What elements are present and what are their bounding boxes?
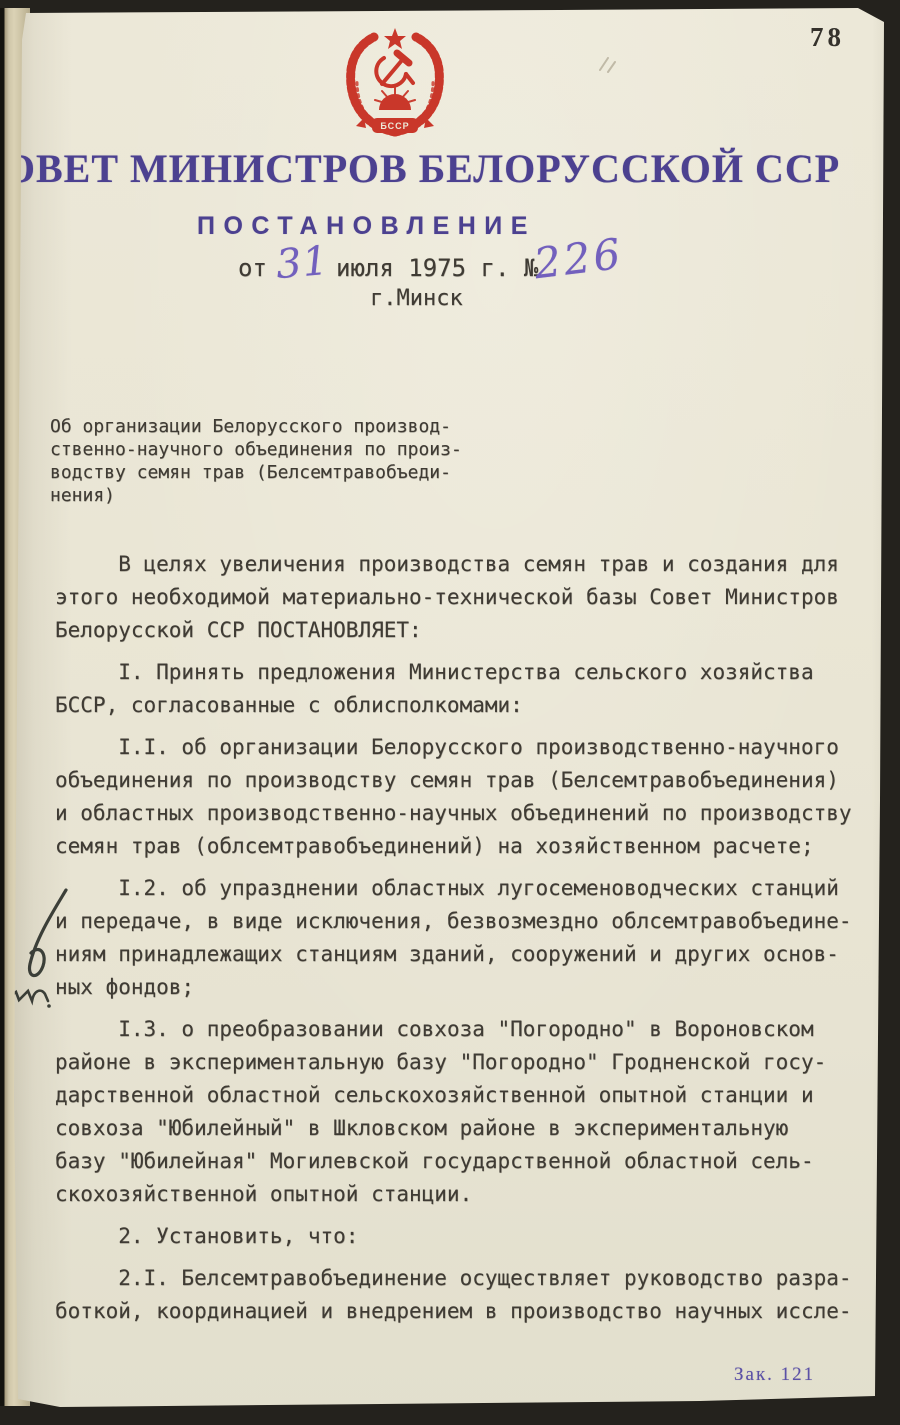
organization-title: СОВЕТ МИНИСТРОВ БЕЛОРУССКОЙ ССР <box>0 145 900 192</box>
body-paragraph-1: В целях увеличения производства семян тр… <box>55 548 865 647</box>
body-paragraph-3: I.I. об организации Белорусского произво… <box>55 731 865 863</box>
handwritten-number: 226 <box>531 229 625 289</box>
page-number: 78 <box>810 22 845 53</box>
pencil-mark <box>582 42 632 87</box>
scanned-document-page: { "page_number": "78", "emblem": { "name… <box>0 0 900 1425</box>
date-prefix: от <box>238 256 267 280</box>
document-type-title: ПОСТАНОВЛЕНИЕ <box>197 212 536 241</box>
body-paragraph-6: 2. Установить, что: <box>55 1220 865 1253</box>
body-paragraph-7: 2.I. Белсемтравобъединение осуществляет … <box>55 1262 865 1328</box>
date-middle: июля 1975 г. № <box>336 256 538 280</box>
handwritten-day: 31 <box>274 238 331 288</box>
paper-sheet: 78 <box>0 0 900 1425</box>
emblem-ribbon-label: БССР <box>380 121 409 131</box>
bssr-coat-of-arms-icon: БССР <box>334 26 456 142</box>
body-paragraph-5: I.3. о преобразовании совхоза "Погородно… <box>55 1013 865 1211</box>
print-order-code: Зак. 121 <box>734 1364 815 1386</box>
subject-block: Об организации Белорусского производ- ст… <box>50 415 530 507</box>
body-paragraph-2: I. Принять предложения Министерства сель… <box>55 656 865 722</box>
city-line: г.Минск <box>370 286 463 311</box>
body-paragraph-4: I.2. об упразднении областных лугосемено… <box>55 872 865 1004</box>
